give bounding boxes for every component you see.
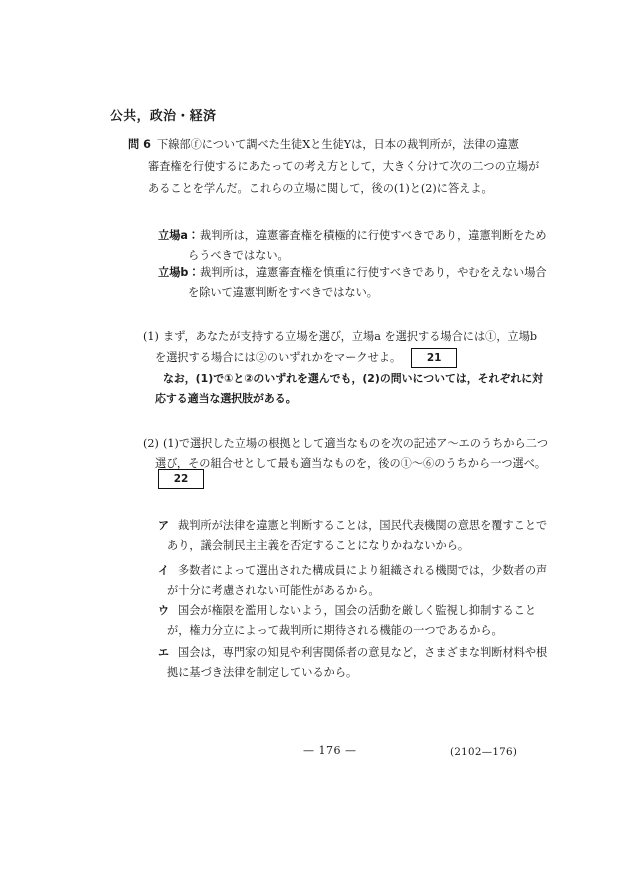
question-6-label: 問 6 <box>128 134 151 156</box>
answer-box-21: 21 <box>411 348 457 368</box>
stance-b-label: 立場b： <box>158 263 200 283</box>
question-6: 問 6 下線部ⓕについて調べた生徒Xと生徒Yは，日本の裁判所が，法律の違憲 審査… <box>0 134 620 200</box>
choice-i-label: イ <box>158 561 169 581</box>
subquestion-1-note: なお，(1)で①と②のいずれを選んでも，(2)の問いについては，それぞれに対 応… <box>0 369 620 408</box>
subquestion-1-note-text: なお，(1)で①と②のいずれを選んでも，(2)の問いについては，それぞれに対 応… <box>0 369 620 408</box>
choice-a-label: ア <box>158 516 169 536</box>
stance-b-text: 裁判所は，違憲審査権を慎重に行使すべきであり，やむをえない場合 を除いて違憲判断… <box>0 263 620 302</box>
stance-a-label: 立場a： <box>158 226 199 246</box>
stance-b: 立場b： 裁判所は，違憲審査権を慎重に行使すべきであり，やむをえない場合 を除い… <box>0 263 620 302</box>
answer-box-22: 22 <box>158 469 204 489</box>
exam-page: 公共，政治・経済 問 6 下線部ⓕについて調べた生徒Xと生徒Yは，日本の裁判所が… <box>0 0 620 876</box>
choice-u-label: ウ <box>158 601 169 621</box>
subquestion-1-label: (1) <box>143 327 159 347</box>
subquestion-2: (2) (1)で選択した立場の根拠として適当なものを次の記述ア～エのうちから二つ… <box>0 434 620 473</box>
choice-e-text: 国会は，専門家の知見や利害関係者の意見など，さまざまな判断材料や根 拠に基づき法… <box>0 643 620 683</box>
question-6-text: 下線部ⓕについて調べた生徒Xと生徒Yは，日本の裁判所が，法律の違憲 審査権を行使… <box>0 134 620 200</box>
stance-a-text: 裁判所は，違憲審査権を積極的に行使すべきであり，違憲判断をため らうべきではない… <box>0 226 620 265</box>
subquestion-1: (1) まず，あなたが支持する立場を選び，立場a を選択する場合には①，立場b … <box>0 327 620 368</box>
choice-a-text: 裁判所が法律を違憲と判断することは，国民代表機関の意思を覆すことで あり，議会制… <box>0 516 620 556</box>
subquestion-1-line2-row: を選択する場合には②のいずれかをマークせよ。 21 <box>0 347 620 368</box>
choice-e: エ 国会は，専門家の知見や利害関係者の意見など，さまざまな判断材料や根 拠に基づ… <box>0 643 620 683</box>
subquestion-2-text: (1)で選択した立場の根拠として適当なものを次の記述ア～エのうちから二つ 選び，… <box>0 434 620 473</box>
footer-code: (2102—176) <box>450 746 517 758</box>
subquestion-1-line1: まず，あなたが支持する立場を選び，立場a を選択する場合には①，立場b <box>0 327 620 347</box>
footer-page-number: — 176 — <box>303 744 357 757</box>
choice-u: ウ 国会が権限を濫用しないよう，国会の活動を厳しく監視し抑制すること が，権力分… <box>0 601 620 641</box>
choice-i: イ 多数者によって選出された構成員により組織される機関では，少数者の声 が十分に… <box>0 561 620 601</box>
stance-a: 立場a： 裁判所は，違憲審査権を積極的に行使すべきであり，違憲判断をため らうべ… <box>0 226 620 265</box>
answer-box-21-number: 21 <box>427 348 442 368</box>
subquestion-2-label: (2) <box>143 434 159 454</box>
answer-box-22-number: 22 <box>174 473 189 485</box>
choice-a: ア 裁判所が法律を違憲と判断することは，国民代表機関の意思を覆すことで あり，議… <box>0 516 620 556</box>
choice-e-label: エ <box>158 643 169 663</box>
choice-u-text: 国会が権限を濫用しないよう，国会の活動を厳しく監視し抑制すること が，権力分立に… <box>0 601 620 641</box>
subquestion-1-line2: を選択する場合には②のいずれかをマークせよ。 <box>155 348 401 368</box>
choice-i-text: 多数者によって選出された構成員により組織される機関では，少数者の声 が十分に考慮… <box>0 561 620 601</box>
page-title: 公共，政治・経済 <box>110 105 216 124</box>
